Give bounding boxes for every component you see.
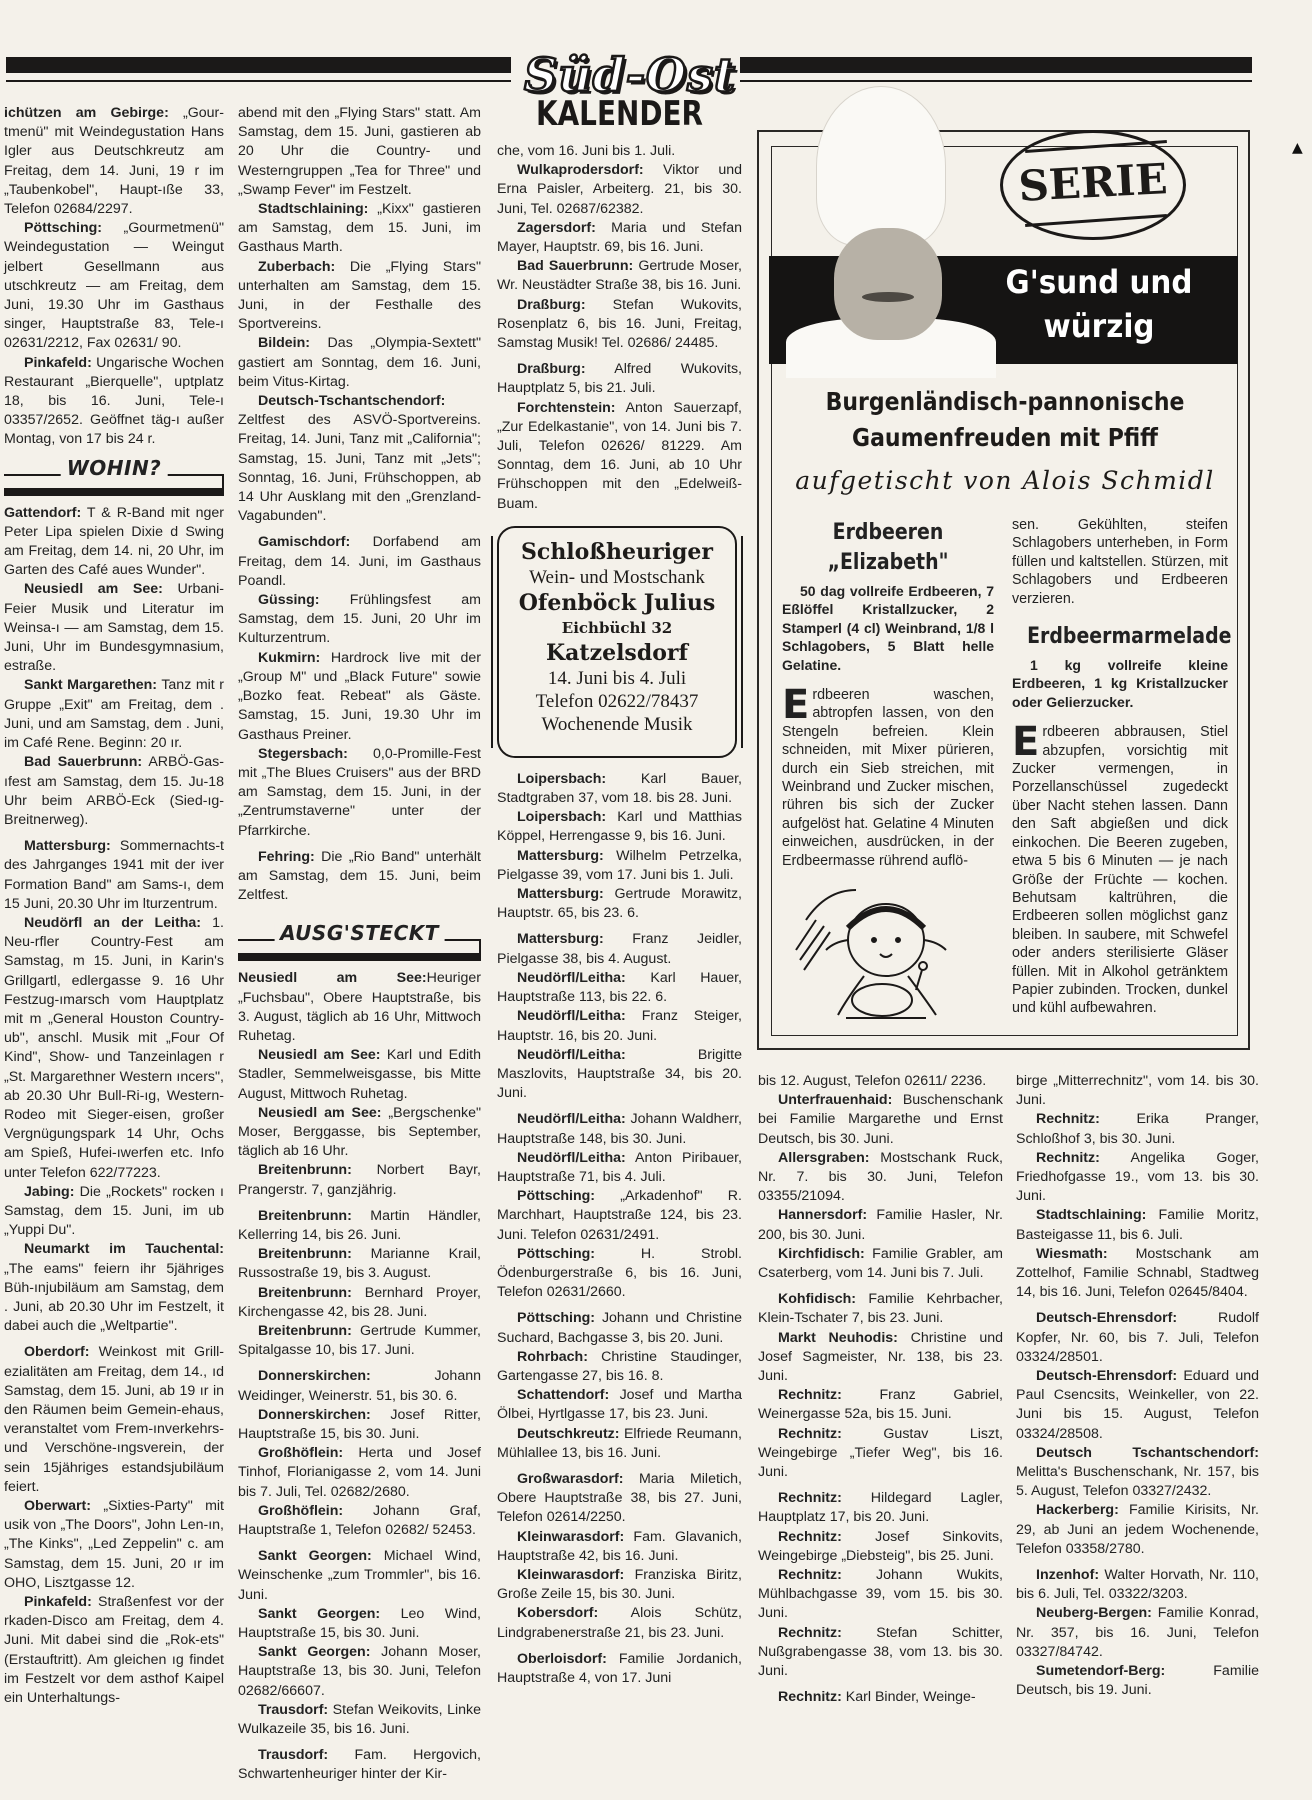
listing-entry: Forchtenstein: Anton Sauerzapf, „Zur Ede… xyxy=(497,399,742,514)
listing-place: Mattersburg: xyxy=(517,848,604,864)
listing-place: Allersgraben: xyxy=(778,1150,869,1166)
listing-entry: Loipersbach: Karl und Matthias Köppel, H… xyxy=(497,808,742,846)
listing-place: Neudörfl/Leitha: xyxy=(517,970,626,986)
listing-place: Donnerskirchen: xyxy=(258,1368,371,1384)
listing-place: Pöttsching: xyxy=(517,1310,595,1326)
listing-text: „Gourmetmenü" Weindegustation — Weingut … xyxy=(4,220,224,351)
listing-entry: Markt Neuhodis: Christine und Josef Sagm… xyxy=(758,1329,1003,1387)
masthead-title: KALENDER xyxy=(536,94,703,134)
listing-place: Trausdorf: xyxy=(258,1702,328,1718)
listing-entry: Pöttsching: Johann und Christine Suchard… xyxy=(497,1309,742,1347)
listing-text: Zeltfest des ASVÖ-Sportvereins. Freitag,… xyxy=(238,412,481,524)
listing-entry: Kukmirn: Hardrock live mit der „Group M"… xyxy=(238,649,481,745)
recipe-erdbeeren-elizabeth: Erdbeeren „Elizabeth" 50 dag vollreife E… xyxy=(782,518,994,870)
listing-place: ichützen am Gebirge: xyxy=(4,105,169,121)
listing-entry: Gattendorf: T & R-Band mit nger Peter Li… xyxy=(4,504,224,581)
listing-place: Deutsch-Ehrensdorf: xyxy=(1036,1368,1177,1384)
listing-place: Bad Sauerbrunn: xyxy=(517,258,633,274)
listing-entry: Pöttsching: H. Strobl. Ödenburgerstraße … xyxy=(497,1245,742,1303)
listing-entry: Rechnitz: Angelika Goger, Friedhofgasse … xyxy=(1016,1149,1259,1207)
listing-place: Sankt Georgen: xyxy=(258,1606,380,1622)
listing-entry: Kobersdorf: Alois Schütz, Lindgrabenerst… xyxy=(497,1604,742,1642)
listing-entry: Neusiedl am See: Urbani-Feier Musik und … xyxy=(4,580,224,676)
listing-place: Sankt Georgen: xyxy=(258,1548,372,1564)
listing-place: Sankt Margarethen: xyxy=(24,677,157,693)
listing-place: Neudörfl/Leitha: xyxy=(517,1008,626,1024)
margin-mark: ▲ xyxy=(1292,140,1303,156)
listing-entry: Großhöflein: Herta und Josef Tinhof, Flo… xyxy=(238,1444,481,1502)
listing-entry: Breitenbrunn: Martin Händler, Kellerring… xyxy=(238,1207,481,1245)
listing-entry: Neumarkt im Tauchental: „The eams" feier… xyxy=(4,1240,224,1336)
listing-place: Neuberg-Bergen: xyxy=(1036,1605,1152,1621)
listing-place: Neumarkt im Tauchental: xyxy=(24,1241,224,1257)
listing-place: Kleinwarasdorf: xyxy=(517,1529,624,1545)
listing-entry: Bad Sauerbrunn: ARBÖ-Gas-ıfest am Samsta… xyxy=(4,753,224,830)
listing-entry: Inzenhof: Walter Horvath, Nr. 110, bis 6… xyxy=(1016,1566,1259,1604)
listing-place: Oberdorf: xyxy=(24,1344,89,1360)
listing-place: Pöttsching: xyxy=(24,220,102,236)
column-5: birge „Mitterrechnitz", vom 14. bis 30. … xyxy=(1016,1072,1259,1701)
listing-entry: Neudörfl/Leitha: Brigitte Maszlovits, Ha… xyxy=(497,1046,742,1104)
ad-owner: Ofenböck Julius xyxy=(499,589,735,617)
listing-entry: Pinkafeld: Ungarische Wochen Restaurant … xyxy=(4,354,224,450)
masthead-thin-rule-right xyxy=(740,80,1252,82)
listing-entry: Sankt Georgen: Johann Moser, Hauptstraße… xyxy=(238,1643,481,1701)
listing-place: Pinkafeld: xyxy=(24,355,92,371)
listing-place: Rechnitz: xyxy=(778,1529,842,1545)
listing-place: Neusiedl am See: xyxy=(24,581,163,597)
listing-entry: Zagersdorf: Maria und Stefan Mayer, Haup… xyxy=(497,219,742,257)
listing-place: Donnerskirchen: xyxy=(258,1407,371,1423)
listing-text: „The eams" feiern ihr 5jähriges Büh-ınju… xyxy=(4,1261,224,1335)
listing-place: Gattendorf: xyxy=(4,505,81,521)
listing-entry: Deutsch-Ehrensdorf: Rudolf Kopfer, Nr. 6… xyxy=(1016,1309,1259,1367)
listing-entry: ichützen am Gebirge: „Gour-tmenü" mit We… xyxy=(4,104,224,219)
listing-entry: Deutschkreutz: Elfriede Reumann, Mühlall… xyxy=(497,1425,742,1463)
listing-place: Kukmirn: xyxy=(258,650,320,666)
listing-entry: Mattersburg: Gertrude Morawitz, Hauptstr… xyxy=(497,885,742,923)
listing-place: Fehring: xyxy=(258,849,315,865)
listing-place: Stegersbach: xyxy=(258,746,348,762)
listing-place: Deutsch-Tschantschendorf: xyxy=(258,393,445,409)
listing-place: Inzenhof: xyxy=(1036,1567,1099,1583)
listing-entry: Rechnitz: Hildegard Lagler, Hauptplatz 1… xyxy=(758,1489,1003,1527)
listing-entry: Breitenbrunn: Gertrude Kummer, Spitalgas… xyxy=(238,1322,481,1360)
listing-place: Loipersbach: xyxy=(517,809,606,825)
listing-place: Unterfrauenhaid: xyxy=(778,1092,892,1108)
ad-subtitle: Wein- und Mostschank xyxy=(499,566,735,589)
recipe-1-title-line-2: „Elizabeth" xyxy=(797,548,979,578)
section-title-ausgsteckt: AUSG'STECKT xyxy=(274,924,445,943)
listing-place: Kobersdorf: xyxy=(517,1605,598,1621)
listing-entry: Draßburg: Stefan Wukovits, Rosenplatz 6,… xyxy=(497,296,742,354)
listing-entry: Breitenbrunn: Norbert Bayr, Prangerstr. … xyxy=(238,1161,481,1199)
listing-entry: Neudörfl/Leitha: Johann Waldherr, Haupts… xyxy=(497,1110,742,1148)
column-4-lead: bis 12. August, Telefon 02611/ 2236. xyxy=(758,1072,1003,1091)
listing-entry: Fehring: Die „Rio Band" unterhält am Sam… xyxy=(238,848,481,906)
listing-entry: Mattersburg: Franz Jeidler, Pielgasse 38… xyxy=(497,930,742,968)
listing-entry: Rechnitz: Karl Binder, Weinge- xyxy=(758,1688,1003,1707)
listing-entry: Wiesmath: Mostschank am Zottelhof, Famil… xyxy=(1016,1245,1259,1303)
listing-place: Oberloisdorf: xyxy=(517,1651,607,1667)
listing-place: Loipersbach: xyxy=(517,771,606,787)
listing-place: Deutsch-Ehrensdorf: xyxy=(1036,1310,1177,1326)
listing-entry: Hackerberg: Familie Kirisits, Nr. 29, ab… xyxy=(1016,1501,1259,1559)
column-3: che, vom 16. Juni bis 1. Juli. Wulkaprod… xyxy=(497,142,742,1688)
listing-entry: Rechnitz: Stefan Schitter, Nußgrabengass… xyxy=(758,1624,1003,1682)
listing-entry: Bildein: Das „Olympia-Sextett" gastiert … xyxy=(238,334,481,392)
listing-place: Rohrbach: xyxy=(517,1349,588,1365)
listing-entry: Mattersburg: Wilhelm Petrzelka, Pielgass… xyxy=(497,847,742,885)
listing-entry: Pinkafeld: Straßenfest vor der rkaden-Di… xyxy=(4,1593,224,1708)
listing-place: Pöttsching: xyxy=(517,1246,595,1262)
listing-entry: Rechnitz: Josef Sinkovits, Weingebirge „… xyxy=(758,1528,1003,1566)
listing-place: Breitenbrunn: xyxy=(258,1323,352,1339)
listing-entry: Oberloisdorf: Familie Jordanich, Hauptst… xyxy=(497,1650,742,1688)
listing-place: Kirchfidisch: xyxy=(778,1246,865,1262)
listing-place: Deutschkreutz: xyxy=(517,1426,620,1442)
listing-entry: Großhöflein: Johann Graf, Hauptstraße 1,… xyxy=(238,1502,481,1540)
listing-entry: Rohrbach: Christine Staudinger, Gartenga… xyxy=(497,1348,742,1386)
listing-text: Weinkost mit Grill-ezialitäten am Freita… xyxy=(4,1344,224,1494)
listing-entry: Neudörfl/Leitha: Franz Steiger, Hauptstr… xyxy=(497,1007,742,1045)
listing-place: Hackerberg: xyxy=(1036,1502,1119,1518)
recipe-1-method-continued: sen. Gekühlten, steifen Schlagobers unte… xyxy=(1012,516,1228,608)
listing-place: Rechnitz: xyxy=(778,1625,842,1641)
ad-dates: 14. Juni bis 4. Juli xyxy=(499,667,735,690)
listing-place: Neudörfl/Leitha: xyxy=(517,1150,626,1166)
dropcap: E xyxy=(1012,725,1039,759)
listing-place: Neusiedl am See: xyxy=(258,1105,381,1121)
serie-title-line-1: G'sund und xyxy=(979,260,1218,304)
listing-entry: Kleinwarasdorf: Franziska Biritz, Große … xyxy=(497,1566,742,1604)
listing-place: Draßburg: xyxy=(517,361,586,377)
recipe-1-title-line-1: Erdbeeren xyxy=(797,518,979,548)
listing-entry: Kohfidisch: Familie Kehrbacher, Klein-Ts… xyxy=(758,1290,1003,1328)
listing-entry: Trausdorf: Fam. Hergovich, Schwartenheur… xyxy=(238,1746,481,1784)
listing-text: Melitta's Buschenschank, Nr. 157, bis 5.… xyxy=(1016,1464,1259,1499)
listing-entry: Jabing: Die „Rockets" rocken ı Samstag, … xyxy=(4,1183,224,1241)
serie-stamp-label: SERIE xyxy=(1002,150,1185,215)
listing-place: Güssing: xyxy=(258,592,319,608)
masthead-rule-right xyxy=(740,57,1252,73)
listing-entry: Sankt Georgen: Michael Wind, Weinschenke… xyxy=(238,1547,481,1605)
listing-entry: Wulkaprodersdorf: Viktor und Erna Paisle… xyxy=(497,161,742,219)
listing-entry: Stegersbach: 0,0-Promille-Fest mit „The … xyxy=(238,745,481,841)
serie-stamp-icon: SERIE xyxy=(1000,130,1186,240)
recipe-2-ingredients: 1 kg vollreife kleine Erdbeeren, 1 kg Kr… xyxy=(1012,656,1228,711)
listing-place: Rechnitz: xyxy=(778,1689,842,1705)
listing-place: Rechnitz: xyxy=(1036,1150,1100,1166)
listing-place: Großhöflein: xyxy=(258,1503,343,1519)
newspaper-page: Süd-Ost KALENDER ichützen am Gebirge: „G… xyxy=(0,0,1312,1800)
section-header-ausgsteckt: AUSG'STECKT xyxy=(238,927,481,961)
listing-entry: Großwarasdorf: Maria Miletich, Obere Hau… xyxy=(497,1470,742,1528)
listing-entry: Allersgraben: Mostschank Ruck, Nr. 7. bi… xyxy=(758,1149,1003,1207)
listing-text: Anton Sauerzapf, „Zur Edelkastanie", von… xyxy=(497,400,742,512)
listing-entry: Gamischdorf: Dorfabend am Freitag, dem 1… xyxy=(238,533,481,591)
listing-entry: Rechnitz: Gustav Liszt, Weingebirge „Tie… xyxy=(758,1425,1003,1483)
listing-text: Straßenfest vor der rkaden-Disco am Frei… xyxy=(4,1594,224,1706)
listing-entry: Neusiedl am See: Karl und Edith Stadler,… xyxy=(238,1046,481,1104)
listing-entry: Loipersbach: Karl Bauer, Stadtgraben 37,… xyxy=(497,770,742,808)
listing-place: Bildein: xyxy=(258,335,310,351)
recipe-2-title: Erdbeermarmelade xyxy=(1027,622,1213,652)
listing-entry: Sumetendorf-Berg: Familie Deutsch, bis 1… xyxy=(1016,1662,1259,1700)
masthead-logo: Süd-Ost KALENDER xyxy=(494,54,744,134)
listing-place: Rechnitz: xyxy=(778,1567,842,1583)
listing-place: Rechnitz: xyxy=(778,1387,842,1403)
section-title-wohin: WOHIN? xyxy=(61,459,168,478)
listing-place: Stadtschlaining: xyxy=(1036,1207,1146,1223)
listing-place: Neudörfl/Leitha: xyxy=(517,1047,626,1063)
listing-entry: Bad Sauerbrunn: Gertrude Moser, Wr. Neus… xyxy=(497,257,742,295)
column-1: ichützen am Gebirge: „Gour-tmenü" mit We… xyxy=(4,104,224,1708)
listing-place: Draßburg: xyxy=(517,297,586,313)
listing-place: Pinkafeld: xyxy=(24,1594,92,1610)
listing-entry: Unterfrauenhaid: Buschenschank bei Famil… xyxy=(758,1091,1003,1149)
listing-place: Sumetendorf-Berg: xyxy=(1036,1663,1165,1679)
listing-entry: Mattersburg: Sommernachts-t des Jahrgang… xyxy=(4,837,224,914)
listing-place: Breitenbrunn: xyxy=(258,1162,352,1178)
listing-entry: Neudörfl/Leitha: Karl Hauer, Hauptstraße… xyxy=(497,969,742,1007)
listing-place: Deutsch Tschantschendorf: xyxy=(1036,1445,1259,1461)
listing-place: Neusiedl am See: xyxy=(238,970,427,986)
column-2-lead: abend mit den „Flying Stars" statt. Am S… xyxy=(238,104,481,200)
listing-entry: Zuberbach: Die „Flying Stars" unterhalte… xyxy=(238,258,481,335)
listing-entry: Deutsch-Tschantschendorf: Zeltfest des A… xyxy=(238,392,481,526)
listing-entry: Sankt Margarethen: Tanz mit r Gruppe „Ex… xyxy=(4,676,224,753)
listing-place: Trausdorf: xyxy=(258,1747,328,1763)
listing-place: Bad Sauerbrunn: xyxy=(24,754,142,770)
listing-place: Kohfidisch: xyxy=(778,1291,856,1307)
listing-entry: Stadtschlaining: Familie Moritz, Basteig… xyxy=(1016,1206,1259,1244)
ad-title: Schloßheuriger xyxy=(499,538,735,566)
column-2: abend mit den „Flying Stars" statt. Am S… xyxy=(238,104,481,1785)
listing-place: Sankt Georgen: xyxy=(258,1644,370,1660)
listing-place: Oberwart: xyxy=(24,1498,91,1514)
listing-place: Rechnitz: xyxy=(778,1426,842,1442)
listing-entry: Neusiedl am See:Heuriger „Fuchsbau", Obe… xyxy=(238,969,481,1046)
section-header-wohin: WOHIN? xyxy=(4,462,224,496)
listing-entry: Kirchfidisch: Familie Grabler, am Csater… xyxy=(758,1245,1003,1283)
listing-entry: Kleinwarasdorf: Fam. Glavanich, Hauptstr… xyxy=(497,1528,742,1566)
listing-place: Hannersdorf: xyxy=(778,1207,867,1223)
listing-place: Stadtschlaining: xyxy=(258,201,368,217)
ad-address: Eichbüchl 32 xyxy=(499,617,735,639)
listing-place: Großwarasdorf: xyxy=(517,1471,623,1487)
listing-place: Zuberbach: xyxy=(258,259,335,275)
listing-entry: Rechnitz: Erika Pranger, Schloßhof 3, bi… xyxy=(1016,1110,1259,1148)
chef-photo xyxy=(786,86,986,358)
listing-entry: Oberwart: „Sixties-Party" mit usik von „… xyxy=(4,1497,224,1593)
listing-entry: Trausdorf: Stefan Weikovits, Linke Wulka… xyxy=(238,1701,481,1739)
listing-text: „Gour-tmenü" mit Weindegustation Hans Ig… xyxy=(4,105,224,217)
listing-place: Wiesmath: xyxy=(1036,1246,1108,1262)
listing-entry: Neudörfl an der Leitha: 1. Neu-rfler Cou… xyxy=(4,914,224,1183)
serie-headline-line-1: Burgenländisch-pannonische xyxy=(800,384,1210,420)
listing-entry: Donnerskirchen: Johann Weidinger, Weiner… xyxy=(238,1367,481,1405)
advertisement-schlossheuriger: Schloßheuriger Wein- und Mostschank Ofen… xyxy=(497,526,737,758)
listing-place: Rechnitz: xyxy=(778,1490,842,1506)
column-4: bis 12. August, Telefon 02611/ 2236. Unt… xyxy=(758,1072,1003,1708)
dropcap: E xyxy=(782,688,809,722)
listing-place: Rechnitz: xyxy=(1036,1111,1100,1127)
listing-place: Gamischdorf: xyxy=(258,534,350,550)
listing-place: Kleinwarasdorf: xyxy=(517,1567,624,1583)
listing-place: Schattendorf: xyxy=(517,1387,609,1403)
listing-place: Neudörfl an der Leitha: xyxy=(24,915,201,931)
listing-text: 1. Neu-rfler Country-Fest am Samstag, m … xyxy=(4,915,224,1181)
listing-entry: Pöttsching: „Gourmetmenü" Weindegustatio… xyxy=(4,219,224,353)
listing-place: Mattersburg: xyxy=(517,931,604,947)
ad-town: Katzelsdorf xyxy=(499,639,735,667)
listing-entry: Schattendorf: Josef und Martha Ölbei, Hy… xyxy=(497,1386,742,1424)
listing-entry: Deutsch Tschantschendorf: Melitta's Busc… xyxy=(1016,1444,1259,1502)
listing-entry: Oberdorf: Weinkost mit Grill-ezialitäten… xyxy=(4,1343,224,1497)
girl-eating-cake-illustration xyxy=(786,880,986,1030)
listing-entry: Rechnitz: Johann Wukits, Mühlbachgasse 3… xyxy=(758,1566,1003,1624)
recipe-2-method: Erdbeeren abbrausen, Stiel abzupfen, vor… xyxy=(1012,723,1228,1018)
listing-place: Großhöflein: xyxy=(258,1445,343,1461)
listing-entry: Breitenbrunn: Bernhard Proyer, Kirchenga… xyxy=(238,1284,481,1322)
listing-place: Breitenbrunn: xyxy=(258,1208,352,1224)
listing-entry: Neusiedl am See: „Bergschenke" Moser, Be… xyxy=(238,1104,481,1162)
listing-place: Mattersburg: xyxy=(517,886,604,902)
listing-place: Mattersburg: xyxy=(24,838,111,854)
listing-place: Breitenbrunn: xyxy=(258,1246,352,1262)
listing-place: Zagersdorf: xyxy=(517,220,596,236)
listing-place: Wulkaprodersdorf: xyxy=(517,162,644,178)
ad-music: Wochenende Musik xyxy=(499,713,735,736)
listing-place: Breitenbrunn: xyxy=(258,1285,352,1301)
listing-place: Markt Neuhodis: xyxy=(778,1330,898,1346)
listing-place: Jabing: xyxy=(24,1184,74,1200)
listing-entry: Deutsch-Ehrensdorf: Eduard und Paul Csen… xyxy=(1016,1367,1259,1444)
column-3-lead: che, vom 16. Juni bis 1. Juli. xyxy=(497,142,742,161)
column-5-lead: birge „Mitterrechnitz", vom 14. bis 30. … xyxy=(1016,1072,1259,1110)
listing-entry: Hannersdorf: Familie Hasler, Nr. 200, bi… xyxy=(758,1206,1003,1244)
recipe-1-method: Erdbeeren waschen, abtropfen lassen, von… xyxy=(782,686,994,870)
listing-entry: Neudörfl/Leitha: Anton Piribauer, Haupts… xyxy=(497,1149,742,1187)
serie-headline: Burgenländisch-pannonische Gaumenfreuden… xyxy=(800,384,1210,456)
masthead-thin-rule-left xyxy=(6,80,511,82)
listing-entry: Donnerskirchen: Josef Ritter, Hauptstraß… xyxy=(238,1406,481,1444)
recipe-1-ingredients: 50 dag vollreife Erdbeeren, 7 Eßlöffel K… xyxy=(782,582,994,674)
listing-entry: Güssing: Frühlingsfest am Samstag, dem 1… xyxy=(238,591,481,649)
listing-place: Pöttsching: xyxy=(517,1188,595,1204)
ad-phone: Telefon 02622/78437 xyxy=(499,690,735,713)
serie-title-line-2: würzig xyxy=(979,304,1218,348)
masthead-rule-left xyxy=(6,57,511,73)
listing-entry: Sankt Georgen: Leo Wind, Hauptstraße 15,… xyxy=(238,1605,481,1643)
listing-place: Forchtenstein: xyxy=(517,400,616,416)
listing-text: Karl Binder, Weinge- xyxy=(842,1689,976,1705)
serie-headline-line-2: Gaumenfreuden mit Pfiff xyxy=(800,420,1210,456)
listing-entry: Neuberg-Bergen: Familie Konrad, Nr. 357,… xyxy=(1016,1604,1259,1662)
listing-entry: Rechnitz: Franz Gabriel, Weinergasse 52a… xyxy=(758,1386,1003,1424)
listing-entry: Breitenbrunn: Marianne Krail, Russostraß… xyxy=(238,1245,481,1283)
listing-place: Neudörfl/Leitha: xyxy=(517,1111,626,1127)
listing-entry: Stadtschlaining: „Kixx" gastieren am Sam… xyxy=(238,200,481,258)
recipe-column-right: sen. Gekühlten, steifen Schlagobers unte… xyxy=(1012,516,1228,1018)
serie-byline: aufgetischt von Alois Schmidl xyxy=(772,466,1238,495)
listing-entry: Pöttsching: „Arkadenhof" R. Marchhart, H… xyxy=(497,1187,742,1245)
listing-place: Neusiedl am See: xyxy=(258,1047,380,1063)
listing-entry: Draßburg: Alfred Wukovits, Hauptplatz 5,… xyxy=(497,360,742,398)
